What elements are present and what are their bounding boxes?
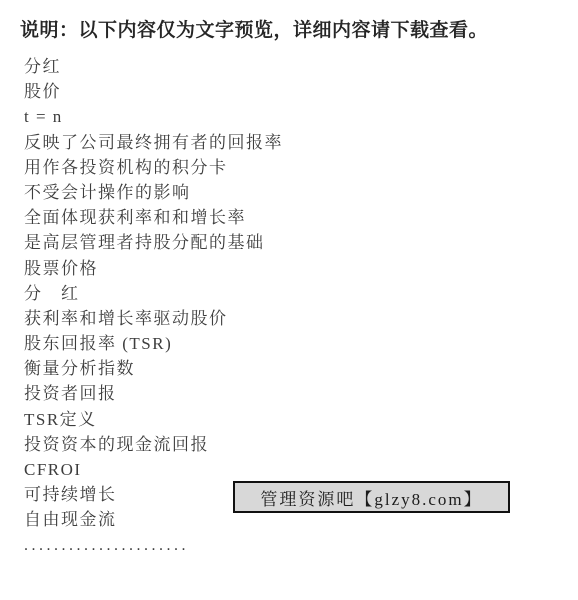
preview-page: 说明：以下内容仅为文字预览，详细内容请下载查看。 分红 股价 t = n 反映了… — [0, 0, 578, 600]
preview-line: 分 红 — [24, 281, 283, 306]
preview-line: 是高层管理者持股分配的基础 — [24, 230, 283, 255]
preview-ellipsis: ...................... — [24, 533, 283, 558]
preview-line: 反映了公司最终拥有者的回报率 — [24, 130, 283, 155]
preview-line: 股票价格 — [24, 256, 283, 281]
preview-line: CFROI — [24, 457, 283, 482]
preview-line: 用作各投资机构的积分卡 — [24, 155, 283, 180]
preview-line: 股东回报率 (TSR) — [24, 331, 283, 356]
preview-line: 获利率和增长率驱动股价 — [24, 306, 283, 331]
preview-line: TSR定义 — [24, 407, 283, 432]
preview-line: t = n — [24, 104, 283, 129]
preview-line: 分红 — [24, 54, 283, 79]
preview-line: 股价 — [24, 79, 283, 104]
preview-line: 衡量分析指数 — [24, 356, 283, 381]
preview-line: 投资资本的现金流回报 — [24, 432, 283, 457]
preview-line: 投资者回报 — [24, 381, 283, 406]
preview-notice: 说明：以下内容仅为文字预览，详细内容请下载查看。 — [20, 15, 488, 42]
watermark-badge: 管理资源吧【glzy8.com】 — [233, 481, 510, 513]
preview-line: 不受会计操作的影响 — [24, 180, 283, 205]
preview-line: 全面体现获利率和和增长率 — [24, 205, 283, 230]
watermark-label: 管理资源吧【glzy8.com】 — [260, 485, 482, 510]
